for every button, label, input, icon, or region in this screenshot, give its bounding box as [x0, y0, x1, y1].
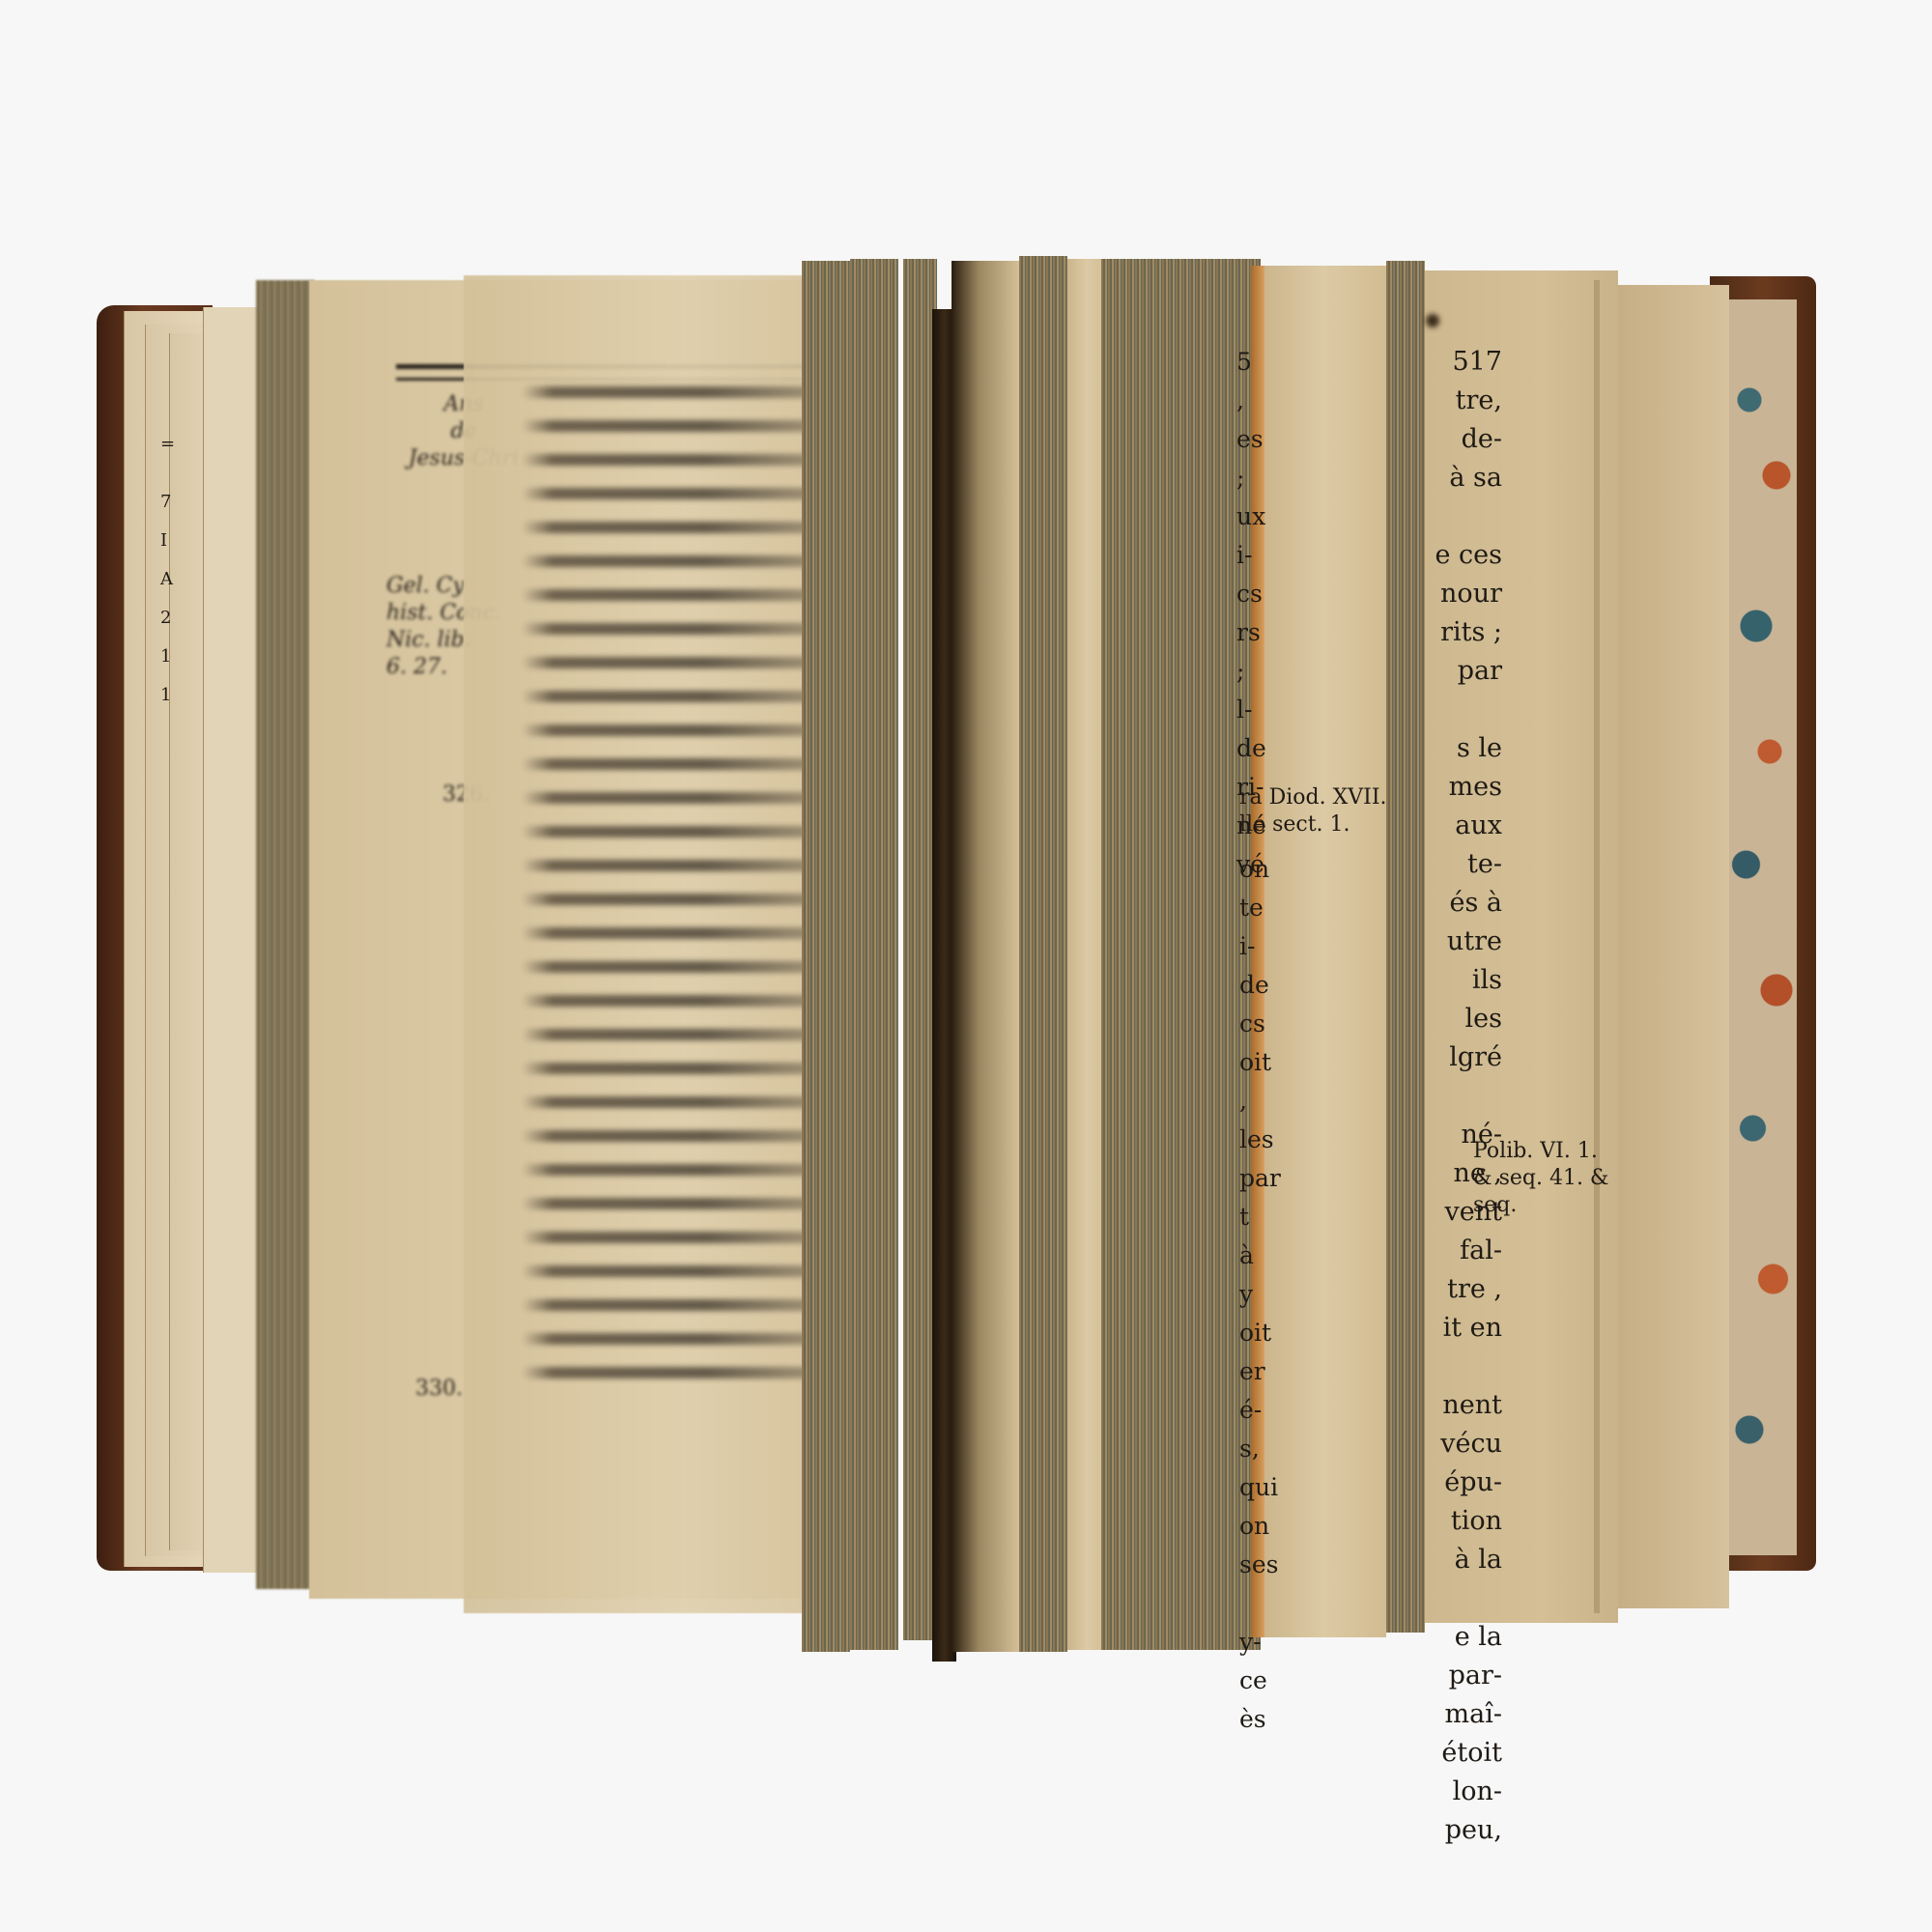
page-edge-line — [1594, 280, 1600, 1613]
left-page-block — [203, 307, 262, 1573]
text-fragment: , — [1236, 382, 1265, 420]
text-line: utre — [1425, 923, 1502, 961]
text-line: maî- — [1425, 1695, 1502, 1734]
text-fragment: , — [1239, 1082, 1268, 1121]
margin-note-line: lle sect. 1. — [1239, 811, 1394, 838]
text-fragment: cs — [1236, 575, 1265, 613]
margin-note-line: & seq. 41. & — [1473, 1165, 1618, 1192]
fragment: I — [160, 522, 180, 560]
page-number: 517 — [1425, 343, 1502, 382]
text-line: tre, — [1425, 382, 1502, 420]
page-stack-edge — [850, 259, 898, 1650]
marbled-endpaper — [1729, 299, 1797, 1555]
text-fragment: er — [1239, 1352, 1268, 1391]
margin-note-line: ra Diod. XVII. — [1239, 784, 1394, 811]
text-fragment: ès — [1239, 1700, 1268, 1739]
text-line: e la — [1425, 1618, 1502, 1657]
text-line: tion — [1425, 1502, 1502, 1541]
right-margin-note: Polib. VI. 1. & seq. 41. & seq. — [1473, 1138, 1618, 1219]
text-fragment: i- — [1236, 536, 1265, 575]
text-fragment: t à — [1239, 1198, 1268, 1275]
text-line: peu, — [1425, 1811, 1502, 1850]
text-fragment: on — [1239, 850, 1268, 889]
center-margin-note: ra Diod. XVII. lle sect. 1. — [1239, 784, 1394, 838]
text-fragment: es — [1236, 420, 1265, 459]
text-fragment: y- — [1239, 1623, 1268, 1662]
center-leaning-page — [952, 261, 1019, 1652]
text-fragment: l- — [1236, 691, 1265, 729]
fragment: A — [160, 560, 180, 599]
text-line: it en — [1425, 1309, 1502, 1348]
text-line: nour — [1425, 575, 1502, 613]
text-line: te- — [1425, 845, 1502, 884]
text-line: aux — [1425, 807, 1502, 845]
text-line: lon- — [1425, 1773, 1502, 1811]
text-line: tre , — [1425, 1270, 1502, 1309]
text-fragment: ce — [1239, 1662, 1268, 1700]
text-line: rits ; — [1425, 613, 1502, 652]
center-page — [1261, 266, 1386, 1637]
margin-note-line: Polib. VI. 1. — [1473, 1138, 1618, 1165]
text-line: e ces — [1425, 536, 1502, 575]
text-line: s le — [1425, 729, 1502, 768]
text-fragment: é- — [1239, 1391, 1268, 1430]
margin-note-line: seq. — [1473, 1192, 1618, 1219]
text-line: és à — [1425, 884, 1502, 923]
page-stack-edge — [802, 261, 850, 1652]
text-fragment: de — [1239, 966, 1268, 1005]
text-line: fal- — [1425, 1232, 1502, 1270]
right-text-column: 517 tre, de- à sa e ces nour rits ; par … — [1425, 343, 1502, 1850]
fragment: = — [160, 425, 180, 464]
text-fragment: on — [1239, 1507, 1268, 1546]
text-fragment: oit — [1239, 1314, 1268, 1352]
page-stack-edge — [1019, 256, 1067, 1652]
text-fragment: par — [1239, 1159, 1268, 1198]
text-fragment: ses — [1239, 1546, 1268, 1584]
text-fragment: ux — [1236, 497, 1265, 536]
ink-spot — [1426, 314, 1439, 327]
text-fragment: rs — [1236, 613, 1265, 652]
text-line: par- — [1425, 1657, 1502, 1695]
text-line: à la — [1425, 1541, 1502, 1579]
text-fragment: oit — [1239, 1043, 1268, 1082]
fragment: 2 — [160, 599, 180, 638]
text-line: les — [1425, 1000, 1502, 1038]
fragment: 7 — [160, 483, 180, 522]
text-line: vécu — [1425, 1425, 1502, 1463]
page-stack-edge — [1386, 261, 1425, 1633]
text-fragment: te — [1239, 889, 1268, 927]
text-line: à sa — [1425, 459, 1502, 497]
center-text-column-lower: on te i- de cs oit , les par t à y oit e… — [1239, 850, 1268, 1739]
text-line: lgré — [1425, 1038, 1502, 1077]
text-fragment: de — [1236, 729, 1265, 768]
text-line: ils — [1425, 961, 1502, 1000]
page — [1067, 259, 1106, 1650]
text-fragment: s, — [1239, 1430, 1268, 1468]
text-fragment: cs — [1239, 1005, 1268, 1043]
text-fragment: qui — [1239, 1468, 1268, 1507]
text-line: étoit — [1425, 1734, 1502, 1773]
year-marker: 330. — [415, 1377, 463, 1401]
blurred-text-block — [522, 386, 831, 1401]
text-fragment: y — [1239, 1275, 1268, 1314]
text-fragment: 5 — [1236, 343, 1265, 382]
fragment: 1 — [160, 676, 180, 715]
text-fragment: i- — [1239, 927, 1268, 966]
text-fragment: ; — [1236, 652, 1265, 691]
left-page-edge — [256, 280, 314, 1589]
right-flyleaf — [1618, 285, 1729, 1608]
fragment: 1 — [160, 638, 180, 676]
text-line: épu- — [1425, 1463, 1502, 1502]
text-line: mes — [1425, 768, 1502, 807]
text-line: de- — [1425, 420, 1502, 459]
text-line: nent — [1425, 1386, 1502, 1425]
text-fragment: ; — [1236, 459, 1265, 497]
text-fragment: les — [1239, 1121, 1268, 1159]
text-line: par — [1425, 652, 1502, 691]
left-thin-page-fragments: = 7 I A 2 1 1 — [160, 425, 180, 715]
